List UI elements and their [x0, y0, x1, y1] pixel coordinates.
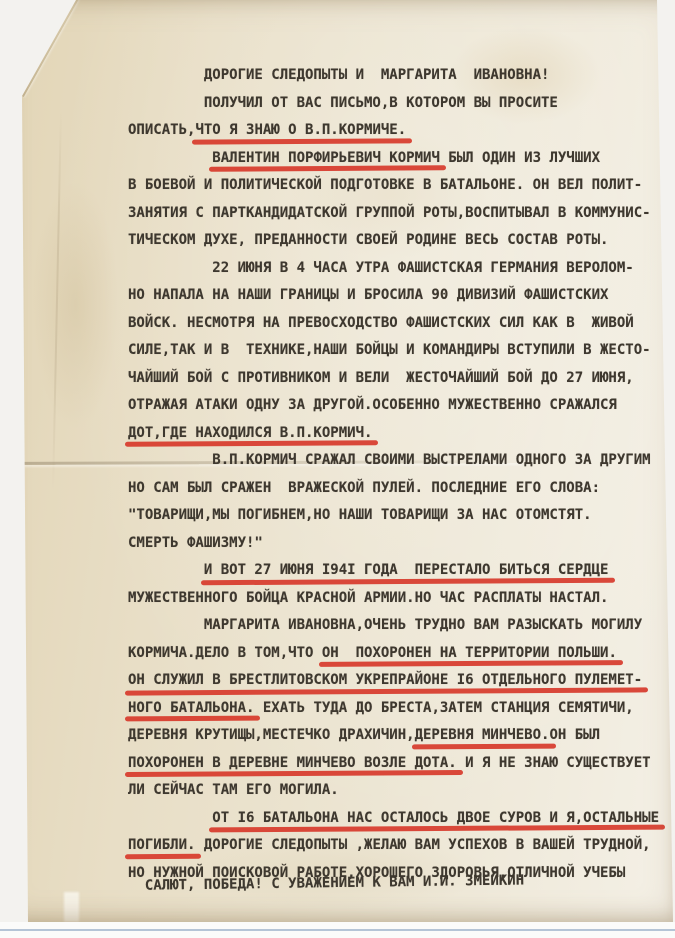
typed-text: ВОЙСК. НЕСМОТРЯ НА ПРЕВОСХОДСТВО ФАШИСТС… — [128, 315, 634, 331]
underlined-text: ЧТО Я ЗНАЮ О В.П.КОРМИЧЕ. — [195, 122, 406, 138]
text-line-2: ПОЛУЧИЛ ОТ ВАС ПИСЬМО,В КОТОРОМ ВЫ ПРОСИ… — [128, 90, 673, 118]
text-line-1: ДОРОГИЕ СЛЕДОПЫТЫ И МАРГАРИТА ИВАНОВНА! — [128, 62, 673, 90]
paper-stain-left — [18, 140, 133, 470]
text-line-17: "ТОВАРИЩИ,МЫ ПОГИБНЕМ,НО НАШИ ТОВАРИЩИ З… — [128, 502, 673, 530]
underlined-text: ОТ I6 БАТАЛЬОНА НАС ОСТАЛОСЬ ДВОЕ СУРОВ … — [212, 810, 659, 826]
typed-text: САЛЮТ, ПОБЕДА! С УВАЖЕНИЕМ К ВАМ И.И. ЗМ… — [128, 872, 524, 894]
typed-text: ДОРОГИЕ СЛЕДОПЫТЫ И МАРГАРИТА ИВАНОВНА! — [128, 67, 549, 83]
underlined-text: ДЕРЕВНЯ МИНЧЕВО. — [415, 727, 550, 743]
text-line-29: ПОГИБЛИ. ДОРОГИЕ СЛЕДОПЫТЫ ,ЖЕЛАЮ ВАМ УС… — [128, 832, 673, 860]
typed-text: В.П.КОРМИЧ СРАЖАЛ СВОИМИ ВЫСТРЕЛАМИ ОДНО… — [128, 452, 651, 468]
underlined-text: И ВОТ 27 ИЮНЯ I94I ГОДА ПЕРЕСТАЛО БИТЬСЯ… — [204, 562, 609, 578]
underlined-text: ДОТ,ГДЕ НАХОДИЛСЯ В.П.КОРМИЧ. — [128, 425, 372, 441]
typed-text: ЛИ СЕЙЧАС ТАМ ЕГО МОГИЛА. — [128, 782, 339, 798]
typed-text: "ТОВАРИЩИ,МЫ ПОГИБНЕМ,НО НАШИ ТОВАРИЩИ З… — [128, 507, 592, 523]
text-line-19: И ВОТ 27 ИЮНЯ I94I ГОДА ПЕРЕСТАЛО БИТЬСЯ… — [128, 557, 673, 585]
scanned-letter-page: { "page": { "background_color": "#f3f2ef… — [0, 0, 675, 938]
underlined-text: ВАЛЕНТИН ПОРФИРЬЕВИЧ КОРМИЧ — [212, 150, 440, 166]
text-line-3: ОПИСАТЬ,ЧТО Я ЗНАЮ О В.П.КОРМИЧЕ. — [128, 117, 673, 145]
letter-text: ДОРОГИЕ СЛЕДОПЫТЫ И МАРГАРИТА ИВАНОВНА! … — [128, 62, 673, 901]
text-line-14: ДОТ,ГДЕ НАХОДИЛСЯ В.П.КОРМИЧ. — [128, 420, 673, 448]
text-line-27: ЛИ СЕЙЧАС ТАМ ЕГО МОГИЛА. — [128, 777, 673, 805]
typed-text: ТИЧЕСКОМ ДУХЕ, ПРЕДАННОСТИ СВОЕЙ РОДИНЕ … — [128, 232, 608, 248]
text-line-7: ТИЧЕСКОМ ДУХЕ, ПРЕДАННОСТИ СВОЕЙ РОДИНЕ … — [128, 227, 673, 255]
typed-text: ПОЛУЧИЛ ОТ ВАС ПИСЬМО,В КОТОРОМ ВЫ ПРОСИ… — [128, 95, 558, 111]
text-line-5: В БОЕВОЙ И ПОЛИТИЧЕСКОЙ ПОДГОТОВКЕ В БАТ… — [128, 172, 673, 200]
letter-paper: ДОРОГИЕ СЛЕДОПЫТЫ И МАРГАРИТА ИВАНОВНА! … — [0, 0, 675, 922]
text-line-21: МАРГАРИТА ИВАНОВНА,ОЧЕНЬ ТРУДНО ВАМ РАЗЫ… — [128, 612, 673, 640]
text-line-9: НО НАПАЛА НА НАШИ ГРАНИЦЫ И БРОСИЛА 90 Д… — [128, 282, 673, 310]
typed-text: СМЕРТЬ ФАШИЗМУ!" — [128, 535, 263, 551]
text-line-16: НО САМ БЫЛ СРАЖЕН ВРАЖЕСКОЙ ПУЛЕЙ. ПОСЛЕ… — [128, 475, 673, 503]
text-line-12: ЧАЙШИЙ БОЙ С ПРОТИВНИКОМ И ВЕЛИ ЖЕСТОЧАЙ… — [128, 365, 673, 393]
text-line-26: ПОХОРОНЕН В ДЕРЕВНЕ МИНЧЕВО ВОЗЛЕ ДОТА. … — [128, 750, 673, 778]
scan-bottom-border — [0, 929, 675, 931]
typed-text: ОН БЫЛ — [549, 727, 600, 743]
typed-text: 22 ИЮНЯ В 4 ЧАСА УТРА ФАШИСТСКАЯ ГЕРМАНИ… — [128, 260, 634, 276]
text-line-25: ДЕРЕВНЯ КРУТИЩЫ,МЕСТЕЧКО ДРАХИЧИН,ДЕРЕВН… — [128, 722, 673, 750]
typed-text: МАРГАРИТА ИВАНОВНА,ОЧЕНЬ ТРУДНО ВАМ РАЗЫ… — [128, 617, 642, 633]
paper-crease-bottom-left — [64, 892, 79, 922]
typed-text: ОПИСАТЬ, — [128, 122, 195, 138]
typed-text: ЧАЙШИЙ БОЙ С ПРОТИВНИКОМ И ВЕЛИ ЖЕСТОЧАЙ… — [128, 370, 634, 386]
typed-text: ОТРАЖАЯ АТАКИ ОДНУ ЗА ДРУГОЙ.ОСОБЕННО МУ… — [128, 397, 617, 413]
typed-text: СИЛЕ,ТАК И В ТЕХНИКЕ,НАШИ БОЙЦЫ И КОМАНД… — [128, 342, 651, 358]
text-line-24: НОГО БАТАЛЬОНА. ЕХАТЬ ТУДА ДО БРЕСТА,ЗАТ… — [128, 695, 673, 723]
typed-text: КОРМИЧА.ДЕЛО В ТОМ,ЧТО — [128, 645, 322, 661]
text-line-18: СМЕРТЬ ФАШИЗМУ!" — [128, 530, 673, 558]
text-line-4: ВАЛЕНТИН ПОРФИРЬЕВИЧ КОРМИЧ БЫЛ ОДИН ИЗ … — [128, 145, 673, 173]
text-line-13: ОТРАЖАЯ АТАКИ ОДНУ ЗА ДРУГОЙ.ОСОБЕННО МУ… — [128, 392, 673, 420]
typed-text: МУЖЕСТВЕННОГО БОЙЦА КРАСНОЙ АРМИИ.НО ЧАС… — [128, 590, 608, 606]
paper-crease-left-vertical — [52, 110, 62, 490]
underlined-text: ОН ПОХОРОНЕН НА ТЕРРИТОРИИ ПОЛЬШИ. — [322, 645, 617, 661]
paper-fold-top-left-corner — [22, 0, 79, 97]
typed-text: ДЕРЕВНЯ КРУТИЩЫ,МЕСТЕЧКО ДРАХИЧИН, — [128, 727, 415, 743]
text-line-15: В.П.КОРМИЧ СРАЖАЛ СВОИМИ ВЫСТРЕЛАМИ ОДНО… — [128, 447, 673, 475]
typed-text — [128, 562, 204, 578]
text-line-23: ОН СЛУЖИЛ В БРЕСТЛИТОВСКОМ УКРЕПРАЙОНЕ I… — [128, 667, 673, 695]
typed-text: БЫЛ ОДИН ИЗ ЛУЧШИХ — [440, 150, 600, 166]
typed-text: ДОРОГИЕ СЛЕДОПЫТЫ ,ЖЕЛАЮ ВАМ УСПЕХОВ В В… — [195, 837, 650, 853]
typed-text — [128, 150, 212, 166]
text-line-8: 22 ИЮНЯ В 4 ЧАСА УТРА ФАШИСТСКАЯ ГЕРМАНИ… — [128, 255, 673, 283]
text-line-11: СИЛЕ,ТАК И В ТЕХНИКЕ,НАШИ БОЙЦЫ И КОМАНД… — [128, 337, 673, 365]
underlined-text: ПОХОРОНЕН В ДЕРЕВНЕ МИНЧЕВО ВОЗЛЕ ДОТА. — [128, 755, 457, 771]
typed-text: ЕХАТЬ ТУДА ДО БРЕСТА,ЗАТЕМ СТАНЦИЯ СЕМЯТ… — [254, 700, 633, 716]
typed-text: НО САМ БЫЛ СРАЖЕН ВРАЖЕСКОЙ ПУЛЕЙ. ПОСЛЕ… — [128, 480, 600, 496]
typed-text: В БОЕВОЙ И ПОЛИТИЧЕСКОЙ ПОДГОТОВКЕ В БАТ… — [128, 177, 642, 193]
text-line-22: КОРМИЧА.ДЕЛО В ТОМ,ЧТО ОН ПОХОРОНЕН НА Т… — [128, 640, 673, 668]
text-line-6: ЗАНЯТИЯ С ПАРТКАНДИДАТСКОЙ ГРУППОЙ РОТЫ,… — [128, 200, 673, 228]
text-line-28: ОТ I6 БАТАЛЬОНА НАС ОСТАЛОСЬ ДВОЕ СУРОВ … — [128, 805, 673, 833]
underlined-text: НОГО БАТАЛЬОНА. — [128, 700, 254, 716]
underlined-text: ОН СЛУЖИЛ В БРЕСТЛИТОВСКОМ УКРЕПРАЙОНЕ I… — [128, 672, 642, 688]
text-line-10: ВОЙСК. НЕСМОТРЯ НА ПРЕВОСХОДСТВО ФАШИСТС… — [128, 310, 673, 338]
typed-text: И Я НЕ ЗНАЮ СУЩЕСТВУЕТ — [457, 755, 651, 771]
typed-text: ЗАНЯТИЯ С ПАРТКАНДИДАТСКОЙ ГРУППОЙ РОТЫ,… — [128, 205, 651, 221]
typed-text: НО НАПАЛА НА НАШИ ГРАНИЦЫ И БРОСИЛА 90 Д… — [128, 287, 608, 303]
text-line-20: МУЖЕСТВЕННОГО БОЙЦА КРАСНОЙ АРМИИ.НО ЧАС… — [128, 585, 673, 613]
typed-text — [128, 810, 212, 826]
underlined-text: ПОГИБЛИ. — [128, 837, 195, 853]
